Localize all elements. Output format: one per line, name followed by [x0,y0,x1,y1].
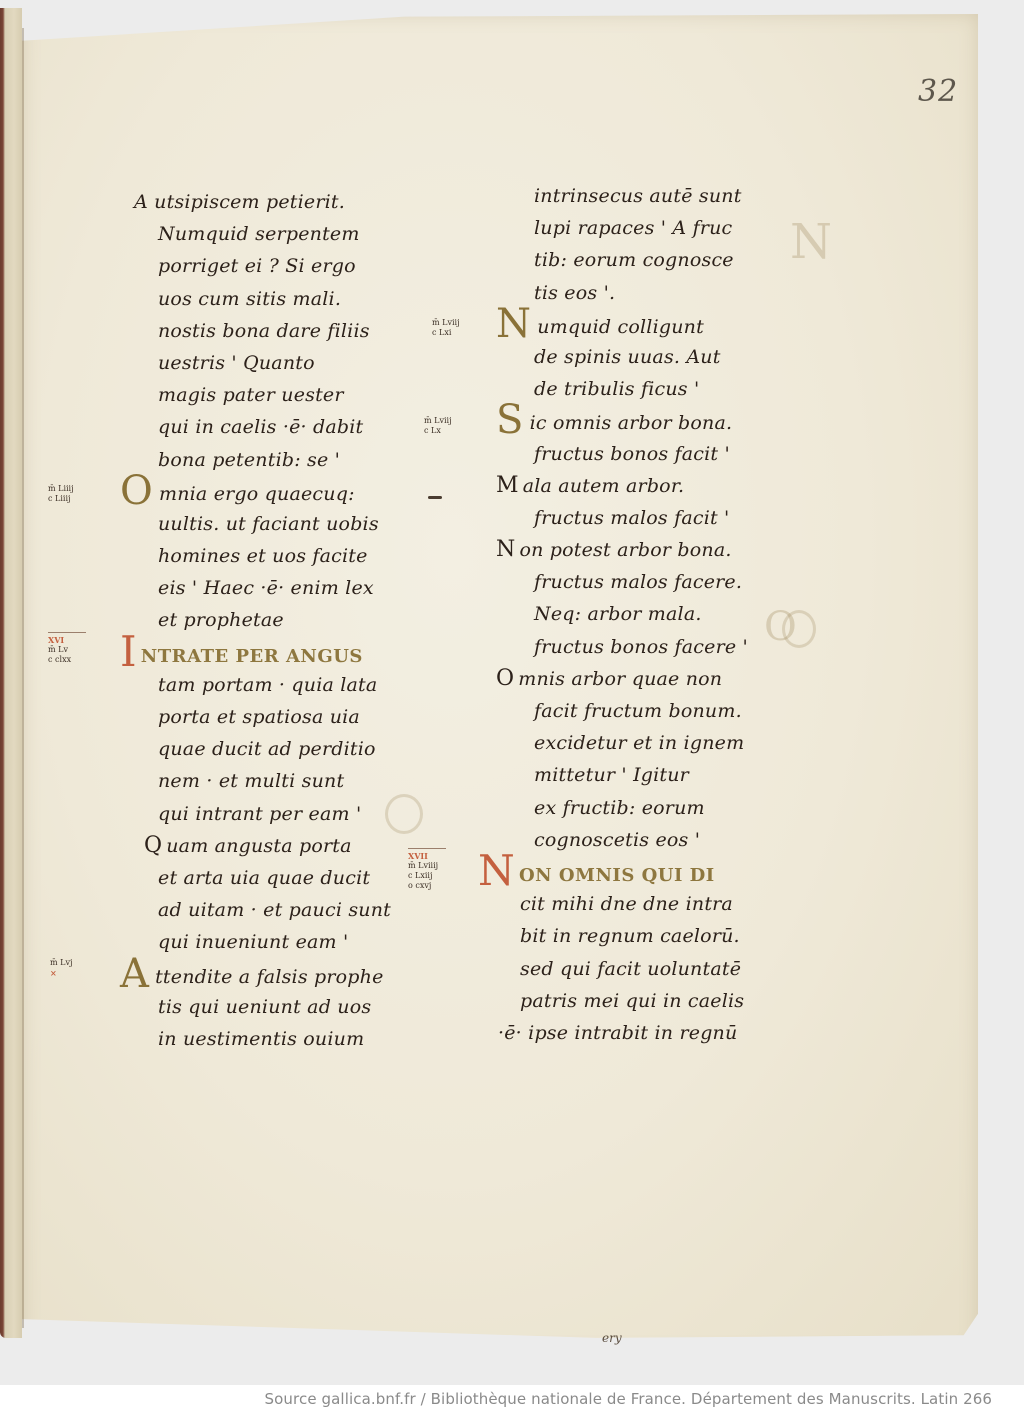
dark-initial: N [496,534,515,566]
text-line: mittetur ' Igitur [496,759,796,791]
text-line: Neq: arbor mala. [496,598,796,630]
left-column: A utsipiscem petierit. Numquid serpentem… [120,186,420,1055]
canon-note: m̄ Liiij c Liiij [48,484,74,504]
binding-edge [0,8,22,1338]
text-line: Numquid serpentem [120,218,420,250]
text-line: porriget ei ? Si ergo [120,250,420,282]
catchword: ery [602,1331,622,1345]
text-line: qui inueniunt eam ' [120,926,420,958]
canon-note: m̄ Lviij c Lxi [432,318,460,338]
text-line: et prophetae [120,604,420,636]
section-rule [408,848,446,849]
text-line: A utsipiscem petierit. [120,186,420,218]
text-line-with-initial: Sic omnis arbor bona. [496,405,796,437]
text-line: fructus malos facere. [496,566,796,598]
text-line: cit mihi dne dne intra [496,888,796,920]
text-line: excidetur et in ignem [496,727,796,759]
text-line: uos cum sitis mali. [120,283,420,315]
gold-initial: O [120,476,153,506]
text-line: eis ' Haec ·ē· enim lex [120,572,420,604]
gold-initial: N [496,309,531,339]
text-line: tam portam · quia lata [120,669,420,701]
text-line-with-initial: INTRATE PER ANGUS [120,637,420,669]
text-line: ·ē· ipse intrabit in regnū [496,1017,796,1049]
text-line: magis pater uester [120,379,420,411]
section-rule [48,632,86,633]
text-line: in uestimentis ouium [120,1023,420,1055]
page-gutter [22,28,24,1328]
dark-initial: M [496,470,519,502]
source-credit: Source gallica.bnf.fr / Bibliothèque nat… [265,1390,992,1408]
text-line: patris mei qui in caelis [496,985,796,1017]
text-line: qui intrant per eam ' [120,798,420,830]
text-line: homines et uos facite [120,540,420,572]
text-line: tis eos '. [496,277,796,309]
text-line-with-initial: Numquid colligunt [496,309,796,341]
text-line-with-initial: Non potest arbor bona. [496,534,796,566]
text-line: uultis. ut faciant uobis [120,508,420,540]
gold-initial: A [120,959,149,989]
canon-note-with-section: XVI m̄ Lv c clxx [48,632,86,665]
text-line: sed qui facit uoluntatē [496,953,796,985]
canon-note: m̄ Lviij c Lx [424,416,452,436]
text-line: et arta uia quae ducit [120,862,420,894]
text-line: tib: eorum cognosce [496,244,796,276]
canon-note-with-section: XVII m̄ Lviiij c Lxiij o cxvj [408,848,446,891]
folio-number: 32 [918,74,958,109]
text-line: bona petentib: se ' [120,444,420,476]
text-line-with-initial: Quam angusta porta [120,830,420,862]
text-line: fructus bonos facere ' [496,631,796,663]
rubric-heading: ON OMNIS QUI DI [519,865,715,886]
text-line: quae ducit ad perditio [120,733,420,765]
red-initial: I [120,637,137,667]
section-number: XVI [48,635,86,645]
gold-initial: S [496,405,524,435]
text-line: qui in caelis ·ē· dabit [120,411,420,443]
text-line: porta et spatiosa uia [120,701,420,733]
text-line-with-initial: Omnia ergo quaecuq: [120,476,420,508]
text-line: lupi rapaces ' A fruc [496,212,796,244]
bleed-through-letter: N [790,214,832,270]
text-line: ad uitam · et pauci sunt [120,894,420,926]
dark-initial: O [496,663,514,695]
text-line: fructus malos facit ' [496,502,796,534]
text-line: fructus bonos facit ' [496,438,796,470]
right-column: intrinsecus autē sunt lupi rapaces ' A f… [496,180,796,1049]
text-line-with-initial: Mala autem arbor. [496,470,796,502]
text-line: nostis bona dare filiis [120,315,420,347]
text-line: cognoscetis eos ' [496,824,796,856]
text-line: de tribulis ficus ' [496,373,796,405]
text-line: intrinsecus autē sunt [496,180,796,212]
red-initial: N [478,856,515,886]
text-line: tis qui ueniunt ad uos [120,991,420,1023]
dark-initial: Q [144,830,162,862]
section-number: XVII [408,851,446,861]
text-line: uestris ' Quanto [120,347,420,379]
dash-mark [428,496,442,499]
rubric-heading: NTRATE PER ANGUS [141,646,363,667]
canon-note: m̄ Lvj × [50,958,72,978]
text-line: bit in regnum caelorū. [496,920,796,952]
text-line: de spinis uuas. Aut [496,341,796,373]
text-line-with-initial: NON OMNIS QUI DI [478,856,796,888]
text-line: nem · et multi sunt [120,765,420,797]
text-line-with-initial: Attendite a falsis prophe [120,959,420,991]
text-line-with-initial: Omnis arbor quae non [496,663,796,695]
text-line: ex fructib: eorum [496,792,796,824]
text-line: facit fructum bonum. [496,695,796,727]
